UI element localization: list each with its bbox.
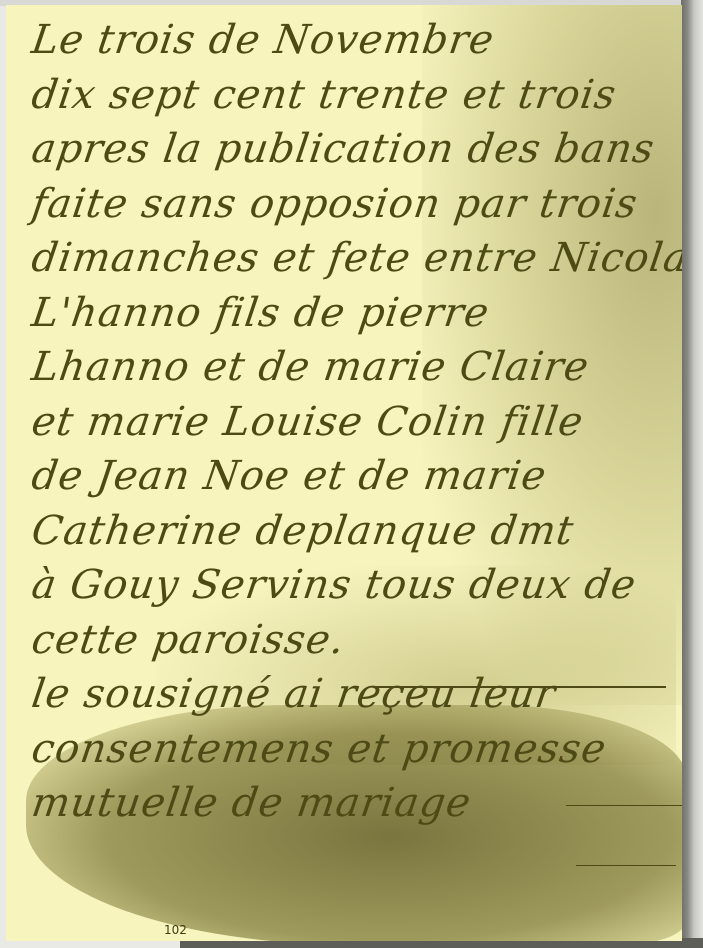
text-line: de Jean Noe et de marie: [28, 449, 676, 504]
line-filler-rule: [566, 805, 682, 806]
text-line: apres la publication des bans: [28, 122, 676, 177]
text-line: faite sans opposion par trois: [28, 177, 676, 232]
text-line: L'hanno fils de pierre: [28, 286, 676, 341]
text-line: dimanches et fete entre Nicolas: [28, 231, 676, 286]
text-line: cette paroisse.: [28, 613, 676, 668]
line-filler-rule: [376, 686, 666, 688]
folio-number: 102: [164, 923, 187, 937]
text-line: mutuelle de mariage: [28, 776, 676, 831]
document-page: Le trois de Novembre dix sept cent trent…: [6, 5, 682, 941]
line-filler-rule: [576, 865, 676, 866]
text-line: consentemens et promesse: [28, 722, 676, 777]
text-line: dix sept cent trente et trois: [28, 68, 676, 123]
text-line: Le trois de Novembre: [28, 13, 676, 68]
text-line: et marie Louise Colin fille: [28, 395, 676, 450]
text-line: le sousigné ai reçeu leur: [28, 667, 676, 722]
scan-right-border: [681, 0, 703, 948]
handwritten-text: Le trois de Novembre dix sept cent trent…: [32, 13, 672, 831]
text-line: à Gouy Servins tous deux de: [28, 558, 676, 613]
text-line: Lhanno et de marie Claire: [28, 340, 676, 395]
text-line: Catherine deplanque dmt: [28, 504, 676, 559]
